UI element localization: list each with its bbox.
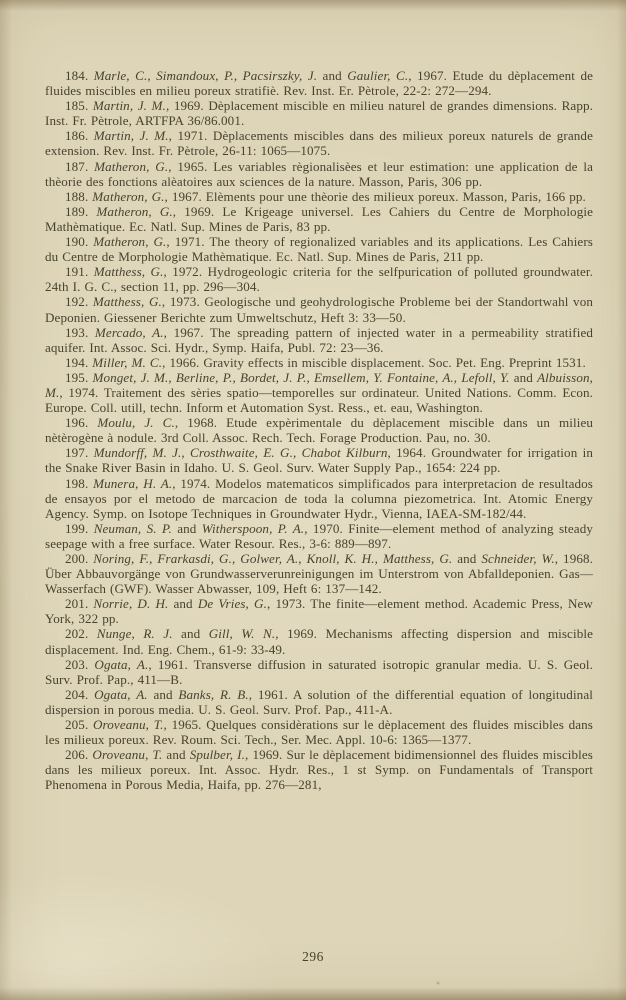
reference-authors: Matheron, G.	[96, 204, 172, 219]
reference-authors: Neuman, S. P.	[94, 521, 172, 536]
reference-text: 192.	[65, 294, 93, 309]
reference-entry: 193. Mercado, A., 1967. The spreading pa…	[45, 325, 593, 355]
reference-authors: Mundorff, M. J., Crosthwaite, E. G., Cha…	[94, 445, 388, 460]
reference-entry: 204. Ogata, A. and Banks, R. B., 1961. A…	[45, 687, 593, 717]
reference-text: 196.	[65, 415, 97, 430]
reference-authors: Munera, H. A.	[93, 476, 172, 491]
reference-entry: 186. Martin, J. M., 1971. Dèplacements m…	[45, 128, 593, 158]
reference-authors: Ogata, A.	[94, 657, 148, 672]
reference-authors: Matthess, G.	[93, 294, 162, 309]
reference-text: 194.	[65, 355, 92, 370]
reference-text: and	[173, 626, 209, 641]
reference-authors: Moulu, J. C.	[97, 415, 175, 430]
reference-text: 203.	[65, 657, 94, 672]
reference-text: and	[162, 747, 189, 762]
reference-authors: Norrie, D. H.	[93, 596, 168, 611]
reference-text: and	[510, 370, 538, 385]
reference-text: 195.	[65, 370, 92, 385]
reference-text: and	[148, 687, 179, 702]
reference-entry: 196. Moulu, J. C., 1968. Etude expèrimen…	[45, 415, 593, 445]
reference-entry: 201. Norrie, D. H. and De Vries, G., 197…	[45, 596, 593, 626]
reference-text: 201.	[65, 596, 93, 611]
reference-text: 202.	[65, 626, 97, 641]
reference-entry: 189. Matheron, G., 1969. Le Krigeage uni…	[45, 204, 593, 234]
reference-authors: Witherspoon, P. A.	[202, 521, 304, 536]
reference-authors: Matheron, G.	[92, 189, 164, 204]
reference-entry: 203. Ogata, A., 1961. Transverse diffusi…	[45, 657, 593, 687]
reference-authors: Matheron, G.	[93, 234, 166, 249]
reference-authors: Nunge, R. J.	[97, 626, 173, 641]
reference-text: 200.	[65, 551, 93, 566]
reference-entry: 194. Miller, M. C., 1966. Gravity effect…	[45, 355, 593, 370]
reference-text: , 1974. Traitement des sèries spatio—tem…	[45, 385, 593, 415]
reference-entry: 202. Nunge, R. J. and Gill, W. N., 1969.…	[45, 626, 593, 656]
reference-entry: 198. Munera, H. A., 1974. Modelos matema…	[45, 476, 593, 521]
reference-entry: 205. Oroveanu, T., 1965. Quelques consid…	[45, 717, 593, 747]
reference-text: 204.	[65, 687, 94, 702]
reference-text: , 1966. Gravity effects in miscible disp…	[162, 355, 586, 370]
reference-authors: Oroveanu, T.	[93, 717, 164, 732]
reference-text: , 1967. Elèments pour une thèorie des mi…	[165, 189, 586, 204]
reference-entry: 190. Matheron, G., 1971. The theory of r…	[45, 234, 593, 264]
reference-text: 190.	[65, 234, 93, 249]
reference-text: 191.	[65, 264, 94, 279]
reference-text: and	[317, 68, 347, 83]
reference-text: 199.	[65, 521, 94, 536]
reference-authors: Banks, R. B.	[178, 687, 248, 702]
reference-text: 206.	[65, 747, 92, 762]
reference-text: and	[452, 551, 481, 566]
reference-authors: Ogata, A.	[94, 687, 148, 702]
reference-text: and	[172, 521, 202, 536]
reference-text: 193.	[65, 325, 95, 340]
reference-entry: 199. Neuman, S. P. and Witherspoon, P. A…	[45, 521, 593, 551]
page-number: 296	[0, 949, 626, 965]
reference-entry: 191. Matthess, G., 1972. Hydrogeologic c…	[45, 264, 593, 294]
reference-text: and	[168, 596, 197, 611]
reference-authors: Martin, J. M.	[94, 128, 169, 143]
reference-text: 198.	[65, 476, 93, 491]
reference-authors: Oroveanu, T.	[92, 747, 162, 762]
reference-authors: Spulber, I.	[190, 747, 245, 762]
reference-entry: 195. Monget, J. M., Berline, P., Bordet,…	[45, 370, 593, 415]
reference-text: 197.	[65, 445, 94, 460]
reference-authors: Noring, F., Frarkasdi, G., Golwer, A., K…	[93, 551, 452, 566]
reference-authors: Mercado, A.	[95, 325, 164, 340]
reference-entry: 192. Matthess, G., 1973. Geologische und…	[45, 294, 593, 324]
reference-entry: 188. Matheron, G., 1967. Elèments pour u…	[45, 189, 593, 204]
reference-authors: Gill, W. N.	[209, 626, 275, 641]
reference-entry: 206. Oroveanu, T. and Spulber, I., 1969.…	[45, 747, 593, 792]
reference-authors: De Vries, G.	[198, 596, 267, 611]
reference-text: 188.	[65, 189, 92, 204]
reference-authors: Marle, C., Simandoux, P., Pacsirszky, J.	[94, 68, 317, 83]
reference-entry: 184. Marle, C., Simandoux, P., Pacsirszk…	[45, 68, 593, 98]
reference-entry: 185. Martin, J. M., 1969. Dèplacement mi…	[45, 98, 593, 128]
reference-authors: Miller, M. C.	[92, 355, 162, 370]
reference-authors: Monget, J. M., Berline, P., Bordet, J. P…	[92, 370, 509, 385]
book-page: 184. Marle, C., Simandoux, P., Pacsirszk…	[0, 0, 626, 1000]
reference-entry: 197. Mundorff, M. J., Crosthwaite, E. G.…	[45, 445, 593, 475]
reference-text: 185.	[65, 98, 93, 113]
reference-text: 205.	[65, 717, 93, 732]
reference-authors: Schneider, W.	[481, 551, 554, 566]
reference-authors: Matheron, G.	[94, 159, 168, 174]
references-list: 184. Marle, C., Simandoux, P., Pacsirszk…	[45, 68, 593, 793]
reference-text: 187.	[65, 159, 94, 174]
reference-authors: Matthess, G.	[94, 264, 164, 279]
reference-entry: 200. Noring, F., Frarkasdi, G., Golwer, …	[45, 551, 593, 596]
reference-text: 186.	[65, 128, 94, 143]
reference-authors: Martin, J. M.	[93, 98, 166, 113]
reference-authors: Gaulier, C.	[347, 68, 408, 83]
reference-text: 189.	[65, 204, 96, 219]
reference-text: 184.	[65, 68, 94, 83]
reference-entry: 187. Matheron, G., 1965. Les variables r…	[45, 159, 593, 189]
